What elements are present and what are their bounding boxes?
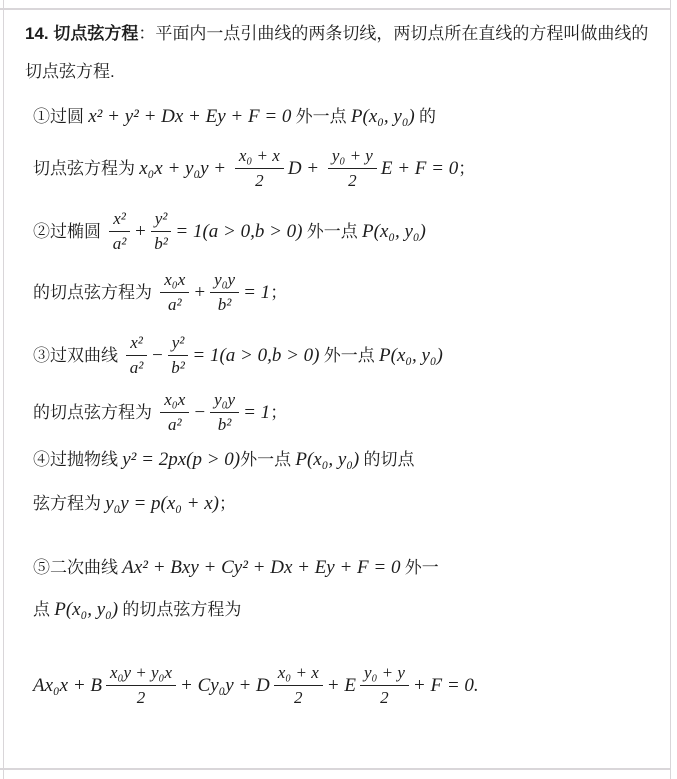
- math-segment: D +: [288, 156, 324, 182]
- fraction: y₀ + y2: [328, 146, 377, 191]
- cjk-segment: 外一点: [240, 447, 295, 473]
- fraction: y²b²: [151, 209, 172, 254]
- item5-line2: 点 P(x₀, y₀) 的切点弦方程为: [25, 597, 652, 623]
- math-segment: y² = 2px(p > 0): [122, 447, 240, 473]
- section-heading: 14. 切点弦方程：平面内一点引曲线的两条切线，两切点所在直线的方程叫做曲线的: [25, 22, 652, 46]
- numerator: x₀ + x: [235, 146, 284, 169]
- numerator: x₀x: [160, 270, 189, 293]
- numerator: x₀ + x: [274, 663, 323, 686]
- fraction: y²b²: [168, 333, 189, 378]
- cjk-segment: 的切点: [359, 447, 414, 473]
- cjk-segment: ；: [219, 491, 236, 517]
- denominator: 2: [137, 686, 146, 708]
- denominator: 2: [348, 169, 357, 191]
- item3-line1: ③过双曲线 x²a² − y²b² = 1(a > 0,b > 0) 外一点 P…: [25, 333, 652, 378]
- math-segment: P(x₀, y₀): [351, 104, 415, 130]
- math-segment: P(x₀, y₀): [362, 219, 426, 245]
- math-segment: P(x₀, y₀): [379, 343, 443, 369]
- denominator: a²: [130, 356, 144, 378]
- fraction: x₀ + x2: [235, 146, 284, 191]
- cjk-segment: 外一点: [303, 219, 363, 245]
- math-segment: P(x₀, y₀): [295, 447, 359, 473]
- cjk-segment: ；: [458, 156, 475, 182]
- item5-formula: Ax₀x + B x₀y + y₀x2 + Cy₀y + D x₀ + x2 +…: [25, 663, 652, 708]
- fraction: y₀yb²: [210, 270, 239, 315]
- cjk-segment: 外一点: [320, 343, 380, 369]
- item4-line2: 弦方程为 y₀y = p(x₀ + x) ；: [25, 491, 652, 517]
- math-segment: + Cy₀y + D: [180, 673, 270, 699]
- cell-border-right: [670, 0, 671, 779]
- math-segment: −: [193, 400, 206, 426]
- math-segment: + E: [327, 673, 356, 699]
- cjk-segment: ②过椭圆: [33, 219, 105, 245]
- math-segment: Ax₀x + B: [33, 673, 102, 699]
- numerator: y₀ + y: [360, 663, 409, 686]
- cjk-segment: 外一点: [291, 104, 351, 130]
- math-notes-page: { "colors": { "text": "#1d1d1d", "border…: [0, 0, 677, 779]
- math-segment: + F = 0.: [413, 673, 479, 699]
- numerator: y₀y: [210, 390, 239, 413]
- denominator: b²: [218, 413, 232, 435]
- section-intro: ：平面内一点引曲线的两条切线，两切点所在直线的方程叫做曲线的: [138, 24, 648, 43]
- fraction: x₀y + y₀x2: [106, 663, 176, 708]
- cjk-segment: 点: [33, 597, 54, 623]
- math-segment: Ax² + Bxy + Cy² + Dx + Ey + F = 0: [122, 555, 400, 581]
- fraction: x₀ + x2: [274, 663, 323, 708]
- cjk-segment: 的切点弦方程为: [118, 597, 241, 623]
- section-intro-wrap: 切点弦方程.: [25, 60, 652, 84]
- numerator: x₀y + y₀x: [106, 663, 176, 686]
- math-segment: x² + y² + Dx + Ey + F = 0: [88, 104, 291, 130]
- denominator: a²: [113, 232, 127, 254]
- cjk-segment: ；: [270, 280, 287, 306]
- denominator: b²: [218, 293, 232, 315]
- fraction: x₀xa²: [160, 270, 189, 315]
- numerator: x²: [109, 209, 130, 232]
- item2-line2: 的切点弦方程为 x₀xa² + y₀yb² = 1 ；: [25, 270, 652, 315]
- cjk-segment: ①过圆: [33, 104, 88, 130]
- numerator: y²: [168, 333, 189, 356]
- denominator: a²: [168, 413, 182, 435]
- fraction: y₀yb²: [210, 390, 239, 435]
- denominator: 2: [380, 686, 389, 708]
- math-segment: x₀x + y₀y +: [139, 156, 231, 182]
- cjk-segment: ⑤二次曲线: [33, 555, 122, 581]
- numerator: x²: [126, 333, 147, 356]
- cjk-segment: 的切点弦方程为: [33, 280, 156, 306]
- math-segment: +: [193, 280, 206, 306]
- cjk-segment: 切点弦方程为: [33, 156, 139, 182]
- item3-line2: 的切点弦方程为 x₀xa² − y₀yb² = 1 ；: [25, 390, 652, 435]
- math-segment: +: [134, 219, 147, 245]
- denominator: a²: [168, 293, 182, 315]
- item5-line1: ⑤二次曲线 Ax² + Bxy + Cy² + Dx + Ey + F = 0 …: [25, 555, 652, 581]
- math-segment: P(x₀, y₀): [54, 597, 118, 623]
- section-title: 14. 切点弦方程: [25, 24, 138, 43]
- cjk-segment: 弦方程为: [33, 491, 105, 517]
- numerator: y₀y: [210, 270, 239, 293]
- numerator: y₀ + y: [328, 146, 377, 169]
- math-segment: = 1(a > 0,b > 0): [192, 343, 319, 369]
- denominator: b²: [171, 356, 185, 378]
- cjk-segment: 的切点弦方程为: [33, 400, 156, 426]
- item2-line1: ②过椭圆 x²a² + y²b² = 1(a > 0,b > 0) 外一点 P(…: [25, 209, 652, 254]
- numerator: y²: [151, 209, 172, 232]
- denominator: 2: [255, 169, 264, 191]
- math-segment: E + F = 0: [381, 156, 458, 182]
- math-segment: y₀y = p(x₀ + x): [105, 491, 219, 517]
- fraction: y₀ + y2: [360, 663, 409, 708]
- notes-cell: 14. 切点弦方程：平面内一点引曲线的两条切线，两切点所在直线的方程叫做曲线的 …: [4, 10, 670, 708]
- cjk-segment: 外一: [401, 555, 439, 581]
- math-segment: = 1(a > 0,b > 0): [175, 219, 302, 245]
- item4-line1: ④过抛物线 y² = 2px(p > 0) 外一点 P(x₀, y₀) 的切点: [25, 447, 652, 473]
- math-segment: = 1: [243, 280, 270, 306]
- cjk-segment: ④过抛物线: [33, 447, 122, 473]
- item1-line1: ①过圆 x² + y² + Dx + Ey + F = 0 外一点 P(x₀, …: [25, 104, 652, 130]
- fraction: x²a²: [109, 209, 130, 254]
- denominator: 2: [294, 686, 303, 708]
- item1-line2: 切点弦方程为 x₀x + y₀y + x₀ + x2 D + y₀ + y2 E…: [25, 146, 652, 191]
- cjk-segment: 的: [415, 104, 436, 130]
- fraction: x₀xa²: [160, 390, 189, 435]
- math-segment: −: [151, 343, 164, 369]
- numerator: x₀x: [160, 390, 189, 413]
- denominator: b²: [154, 232, 168, 254]
- math-segment: = 1: [243, 400, 270, 426]
- fraction: x²a²: [126, 333, 147, 378]
- cjk-segment: ；: [270, 400, 287, 426]
- cjk-segment: ③过双曲线: [33, 343, 122, 369]
- cell-border-bottom: [0, 768, 671, 770]
